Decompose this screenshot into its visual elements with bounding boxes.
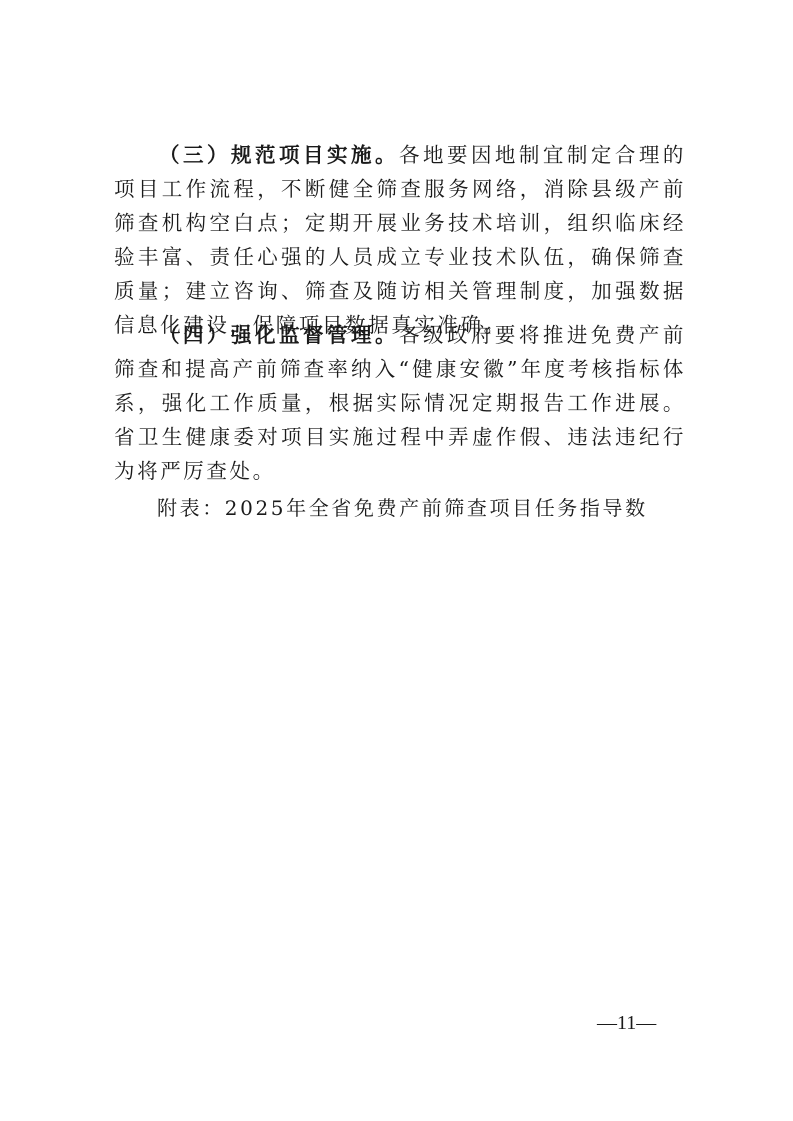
attachment-note: 附表：2025年全省免费产前筛查项目任务指导数 <box>157 492 648 521</box>
section-3-body: 各地要因地制宜制定合理的项目工作流程，不断健全筛查服务网络，消除县级产前筛查机构… <box>114 143 686 337</box>
document-page: （三）规范项目实施。各地要因地制宜制定合理的项目工作流程，不断健全筛查服务网络，… <box>0 0 793 1121</box>
section-3-heading: （三）规范项目实施。 <box>159 143 399 167</box>
section-3-paragraph: （三）规范项目实施。各地要因地制宜制定合理的项目工作流程，不断健全筛查服务网络，… <box>114 138 686 342</box>
section-4-paragraph: （四）强化监督管理。各级政府要将推进免费产前筛查和提高产前筛查率纳入“健康安徽”… <box>114 318 686 488</box>
section-4-heading: （四）强化监督管理。 <box>159 323 399 347</box>
page-number: —11— <box>597 1012 656 1035</box>
section-4-body: 各级政府要将推进免费产前筛查和提高产前筛查率纳入“健康安徽”年度考核指标体系，强… <box>114 323 686 483</box>
